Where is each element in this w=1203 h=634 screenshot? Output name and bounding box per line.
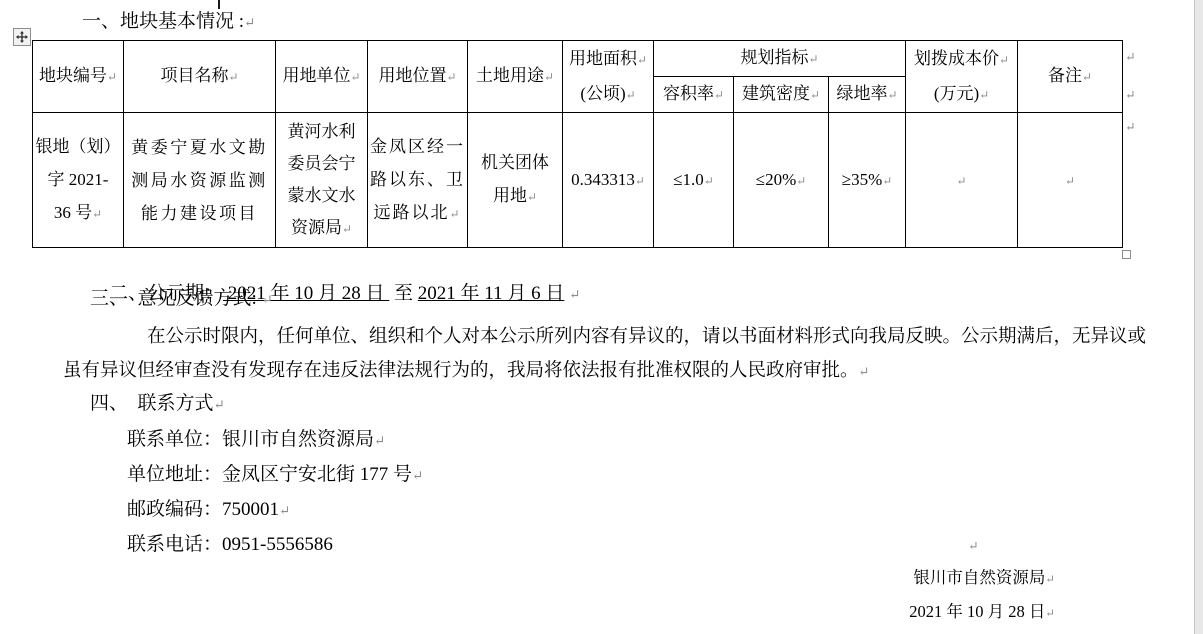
- col-header-cost: 划拨成本价↵ (万元)↵: [906, 41, 1018, 113]
- col-header-planning-indicators: 规划指标↵: [654, 41, 906, 77]
- contact-unit-line: 联系单位：银川市自然资源局↵: [127, 427, 385, 454]
- section-4-title: 四、 联系方式↵: [90, 391, 225, 418]
- publicity-to: 至: [389, 283, 418, 304]
- cell-green: ≥35%↵: [829, 113, 906, 248]
- col-header-area: 用地面积↵ (公顷)↵: [563, 41, 654, 113]
- section-1-title: 一、地块基本情况 :↵: [82, 9, 255, 36]
- col-header-location: 用地位置↵: [368, 41, 468, 113]
- document-page: 一、地块基本情况 :↵ 地块编号↵ 项目名称↵ 用地单位↵ 用地位置↵ 土地用途…: [0, 0, 1203, 634]
- empty-paragraph-mark: ↵: [968, 531, 979, 559]
- row-end-mark: ↵: [1125, 80, 1136, 108]
- cell-cost: ↵: [906, 113, 1018, 248]
- col-header-land-use: 土地用途↵: [468, 41, 563, 113]
- cell-project-name: 黄委宁夏水文勘 测局水资源监测 能力建设项目: [124, 113, 276, 248]
- move-icon: [16, 31, 28, 43]
- table-resize-handle[interactable]: [1122, 250, 1131, 259]
- contact-postcode-line: 邮政编码：750001↵: [127, 497, 290, 524]
- publicity-end-date: 2021 年 11 月 6 日: [418, 283, 565, 304]
- table-move-handle[interactable]: [13, 28, 31, 46]
- cell-parcel-no: 银地（划） 字 2021- 36 号↵: [33, 113, 124, 248]
- table-row: 银地（划） 字 2021- 36 号↵ 黄委宁夏水文勘 测局水资源监测 能力建设…: [33, 113, 1123, 248]
- row-end-mark: ↵: [1125, 42, 1136, 70]
- publicity-line-end: ↵: [564, 283, 580, 304]
- page-edge-strip: [1194, 0, 1203, 634]
- feedback-paragraph: 在公示时限内，任何单位、组织和个人对本公示所列内容有异议的，请以书面材料形式向我…: [63, 320, 1178, 389]
- contact-phone-line: 联系电话：0951-5556586: [127, 532, 333, 558]
- col-header-land-user: 用地单位↵: [276, 41, 368, 113]
- contact-address-line: 单位地址：金凤区宁安北街 177 号↵: [127, 462, 423, 489]
- col-header-green: 绿地率↵: [829, 77, 906, 113]
- row-end-mark: ↵: [1125, 112, 1136, 140]
- parcel-table: 地块编号↵ 项目名称↵ 用地单位↵ 用地位置↵ 土地用途↵ 用地面积↵ (公顷)…: [32, 40, 1123, 248]
- cell-remark: ↵: [1018, 113, 1123, 248]
- col-header-project-name: 项目名称↵: [124, 41, 276, 113]
- cell-area: 0.343313↵: [563, 113, 654, 248]
- section-3-title: 三、 意见反馈方式: ↵: [90, 286, 273, 313]
- col-header-far: 容积率↵: [654, 77, 734, 113]
- col-header-remark: 备注↵: [1018, 41, 1123, 113]
- text-cursor: [218, 0, 220, 9]
- col-header-density: 建筑密度↵: [734, 77, 829, 113]
- cell-far: ≤1.0↵: [654, 113, 734, 248]
- cell-density: ≤20%↵: [734, 113, 829, 248]
- col-header-parcel-no: 地块编号↵: [33, 41, 124, 113]
- cell-land-use: 机关团体 用地↵: [468, 113, 563, 248]
- cell-location: 金凤区经一 路以东、卫 远路以北↵: [368, 113, 468, 248]
- signature-org: 银川市自然资源局↵: [913, 565, 1055, 593]
- signature-date: 2021 年 10 月 28 日↵: [909, 599, 1055, 627]
- cell-land-user: 黄河水利 委员会宁 蒙水文水 资源局↵: [276, 113, 368, 248]
